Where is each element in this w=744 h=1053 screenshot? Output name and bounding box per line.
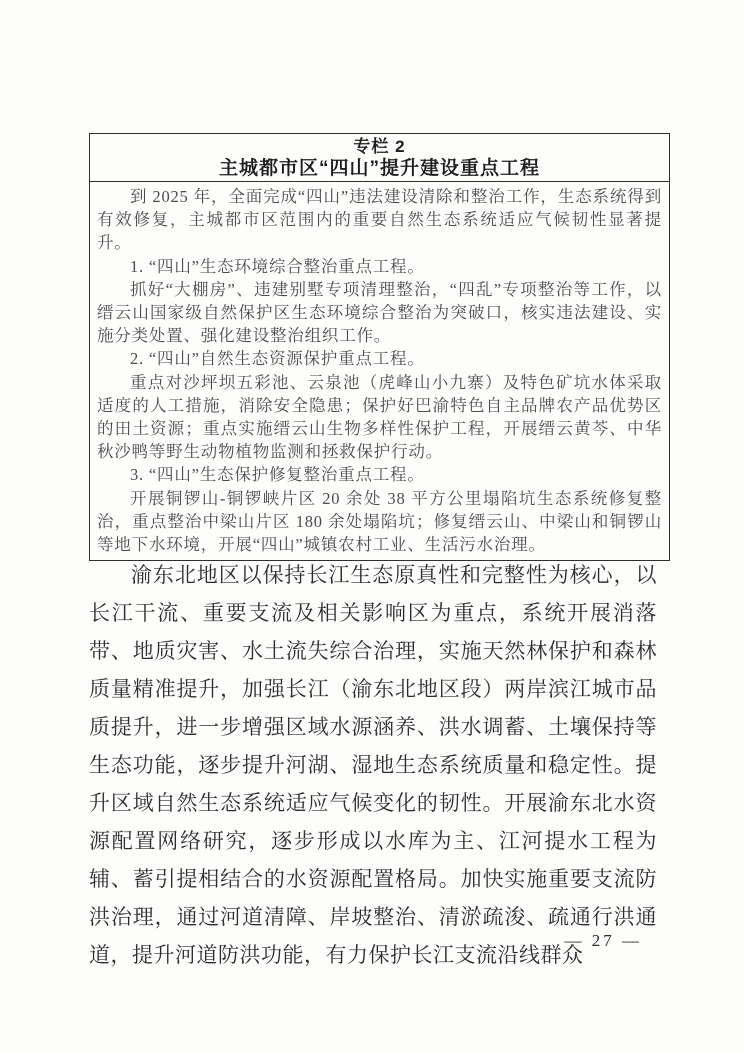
document-page: 专栏 2 主城都市区“四山”提升建设重点工程 到 2025 年，全面完成“四山”… xyxy=(0,0,744,1053)
callout-paragraph: 2. “四山”自然生态资源保护重点工程。 xyxy=(97,347,662,370)
callout-box: 专栏 2 主城都市区“四山”提升建设重点工程 到 2025 年，全面完成“四山”… xyxy=(89,133,670,561)
callout-title: 主城都市区“四山”提升建设重点工程 xyxy=(94,157,665,180)
callout-paragraph: 1. “四山”生态环境综合整治重点工程。 xyxy=(97,255,662,278)
page-number: — 27 — xyxy=(565,930,643,952)
callout-body: 到 2025 年，全面完成“四山”违法建设清除和整治工作，生态系统得到有效修复，… xyxy=(90,182,669,560)
callout-paragraph: 开展铜锣山-铜锣峡片区 20 余处 38 平方公里塌陷坑生态系统修复整治，重点整… xyxy=(97,487,662,557)
body-paragraph: 渝东北地区以保持长江生态原真性和完整性为核心，以长江干流、重要支流及相关影响区为… xyxy=(89,556,657,974)
callout-paragraph: 到 2025 年，全面完成“四山”违法建设清除和整治工作，生态系统得到有效修复，… xyxy=(97,185,662,255)
callout-paragraph: 重点对沙坪坝五彩池、云泉池（虎峰山小九寨）及特色矿坑水体采取适度的人工措施，消除… xyxy=(97,371,662,464)
callout-paragraph: 抓好“大棚房”、违建别墅专项清理整治，“四乱”专项整治等工作，以缙云山国家级自然… xyxy=(97,278,662,348)
body-text-block: 渝东北地区以保持长江生态原真性和完整性为核心，以长江干流、重要支流及相关影响区为… xyxy=(89,556,657,974)
callout-paragraph: 3. “四山”生态保护修复整治重点工程。 xyxy=(97,463,662,486)
callout-header: 专栏 2 主城都市区“四山”提升建设重点工程 xyxy=(90,134,669,182)
callout-label: 专栏 2 xyxy=(94,136,665,157)
